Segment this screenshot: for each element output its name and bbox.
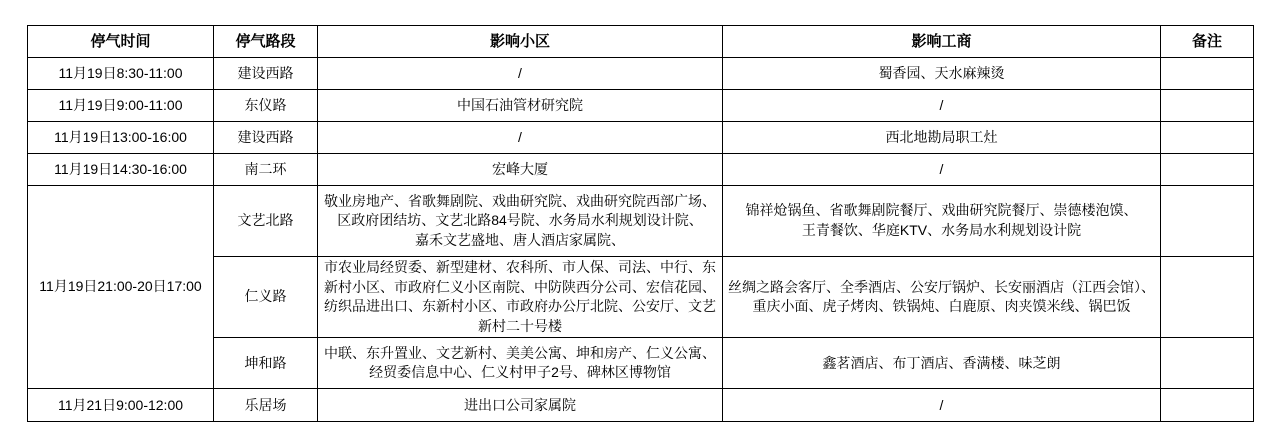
- time-cell: 11月19日8:30-11:00: [28, 58, 214, 90]
- time-cell-merged: 11月19日21:00-20日17:00: [28, 186, 214, 389]
- road-cell: 建设西路: [214, 58, 318, 90]
- table-row: 11月19日14:30-16:00 南二环 宏峰大厦 /: [28, 154, 1254, 186]
- remark-cell: [1161, 389, 1254, 422]
- road-cell: 仁义路: [214, 257, 318, 338]
- table-row: 11月19日21:00-20日17:00 文艺北路 敬业房地产、省歌舞剧院、戏曲…: [28, 186, 1254, 257]
- time-cell: 11月19日14:30-16:00: [28, 154, 214, 186]
- table-row: 11月21日9:00-12:00 乐居场 进出口公司家属院 /: [28, 389, 1254, 422]
- col-header-affected-businesses: 影响工商: [723, 26, 1161, 58]
- col-header-affected-communities: 影响小区: [318, 26, 723, 58]
- road-cell: 文艺北路: [214, 186, 318, 257]
- communities-cell: /: [318, 58, 723, 90]
- communities-cell: 敬业房地产、省歌舞剧院、戏曲研究院、戏曲研究院西部广场、 区政府团结坊、文艺北路…: [318, 186, 723, 257]
- col-header-stop-time: 停气时间: [28, 26, 214, 58]
- gas-outage-table-container: 停气时间 停气路段 影响小区 影响工商 备注 11月19日8:30-11:00 …: [27, 25, 1254, 422]
- businesses-cell: /: [723, 389, 1161, 422]
- road-cell: 坤和路: [214, 338, 318, 389]
- time-cell: 11月19日9:00-11:00: [28, 90, 214, 122]
- remark-cell: [1161, 154, 1254, 186]
- col-header-remarks: 备注: [1161, 26, 1254, 58]
- col-header-stop-road: 停气路段: [214, 26, 318, 58]
- remark-cell: [1161, 122, 1254, 154]
- table-row: 11月19日8:30-11:00 建设西路 / 蜀香园、天水麻辣烫: [28, 58, 1254, 90]
- communities-cell: 进出口公司家属院: [318, 389, 723, 422]
- road-cell: 东仪路: [214, 90, 318, 122]
- businesses-cell: 蜀香园、天水麻辣烫: [723, 58, 1161, 90]
- remark-cell: [1161, 186, 1254, 257]
- time-cell: 11月21日9:00-12:00: [28, 389, 214, 422]
- communities-cell: 市农业局经贸委、新型建材、农科所、市人保、司法、中行、东新村小区、市政府仁义小区…: [318, 257, 723, 338]
- road-cell: 乐居场: [214, 389, 318, 422]
- communities-cell: /: [318, 122, 723, 154]
- businesses-cell: /: [723, 154, 1161, 186]
- communities-cell: 宏峰大厦: [318, 154, 723, 186]
- businesses-cell: 西北地勘局职工灶: [723, 122, 1161, 154]
- remark-cell: [1161, 90, 1254, 122]
- table-header-row: 停气时间 停气路段 影响小区 影响工商 备注: [28, 26, 1254, 58]
- businesses-cell: 鑫茗酒店、布丁酒店、香满楼、味芝朗: [723, 338, 1161, 389]
- gas-outage-table: 停气时间 停气路段 影响小区 影响工商 备注 11月19日8:30-11:00 …: [27, 25, 1254, 422]
- time-cell: 11月19日13:00-16:00: [28, 122, 214, 154]
- businesses-cell: 锦祥炝锅鱼、省歌舞剧院餐厅、戏曲研究院餐厅、崇德楼泡馍、 王青餐饮、华庭KTV、…: [723, 186, 1161, 257]
- remark-cell: [1161, 58, 1254, 90]
- businesses-cell: 丝绸之路会客厅、全季酒店、公安厅锅炉、长安丽酒店（江西会馆）、 重庆小面、虎子烤…: [723, 257, 1161, 338]
- communities-cell: 中联、东升置业、文艺新村、美美公寓、坤和房产、仁义公寓、 经贸委信息中心、仁义村…: [318, 338, 723, 389]
- communities-cell: 中国石油管材研究院: [318, 90, 723, 122]
- road-cell: 建设西路: [214, 122, 318, 154]
- table-row: 11月19日13:00-16:00 建设西路 / 西北地勘局职工灶: [28, 122, 1254, 154]
- remark-cell: [1161, 338, 1254, 389]
- remark-cell: [1161, 257, 1254, 338]
- table-row: 11月19日9:00-11:00 东仪路 中国石油管材研究院 /: [28, 90, 1254, 122]
- road-cell: 南二环: [214, 154, 318, 186]
- businesses-cell: /: [723, 90, 1161, 122]
